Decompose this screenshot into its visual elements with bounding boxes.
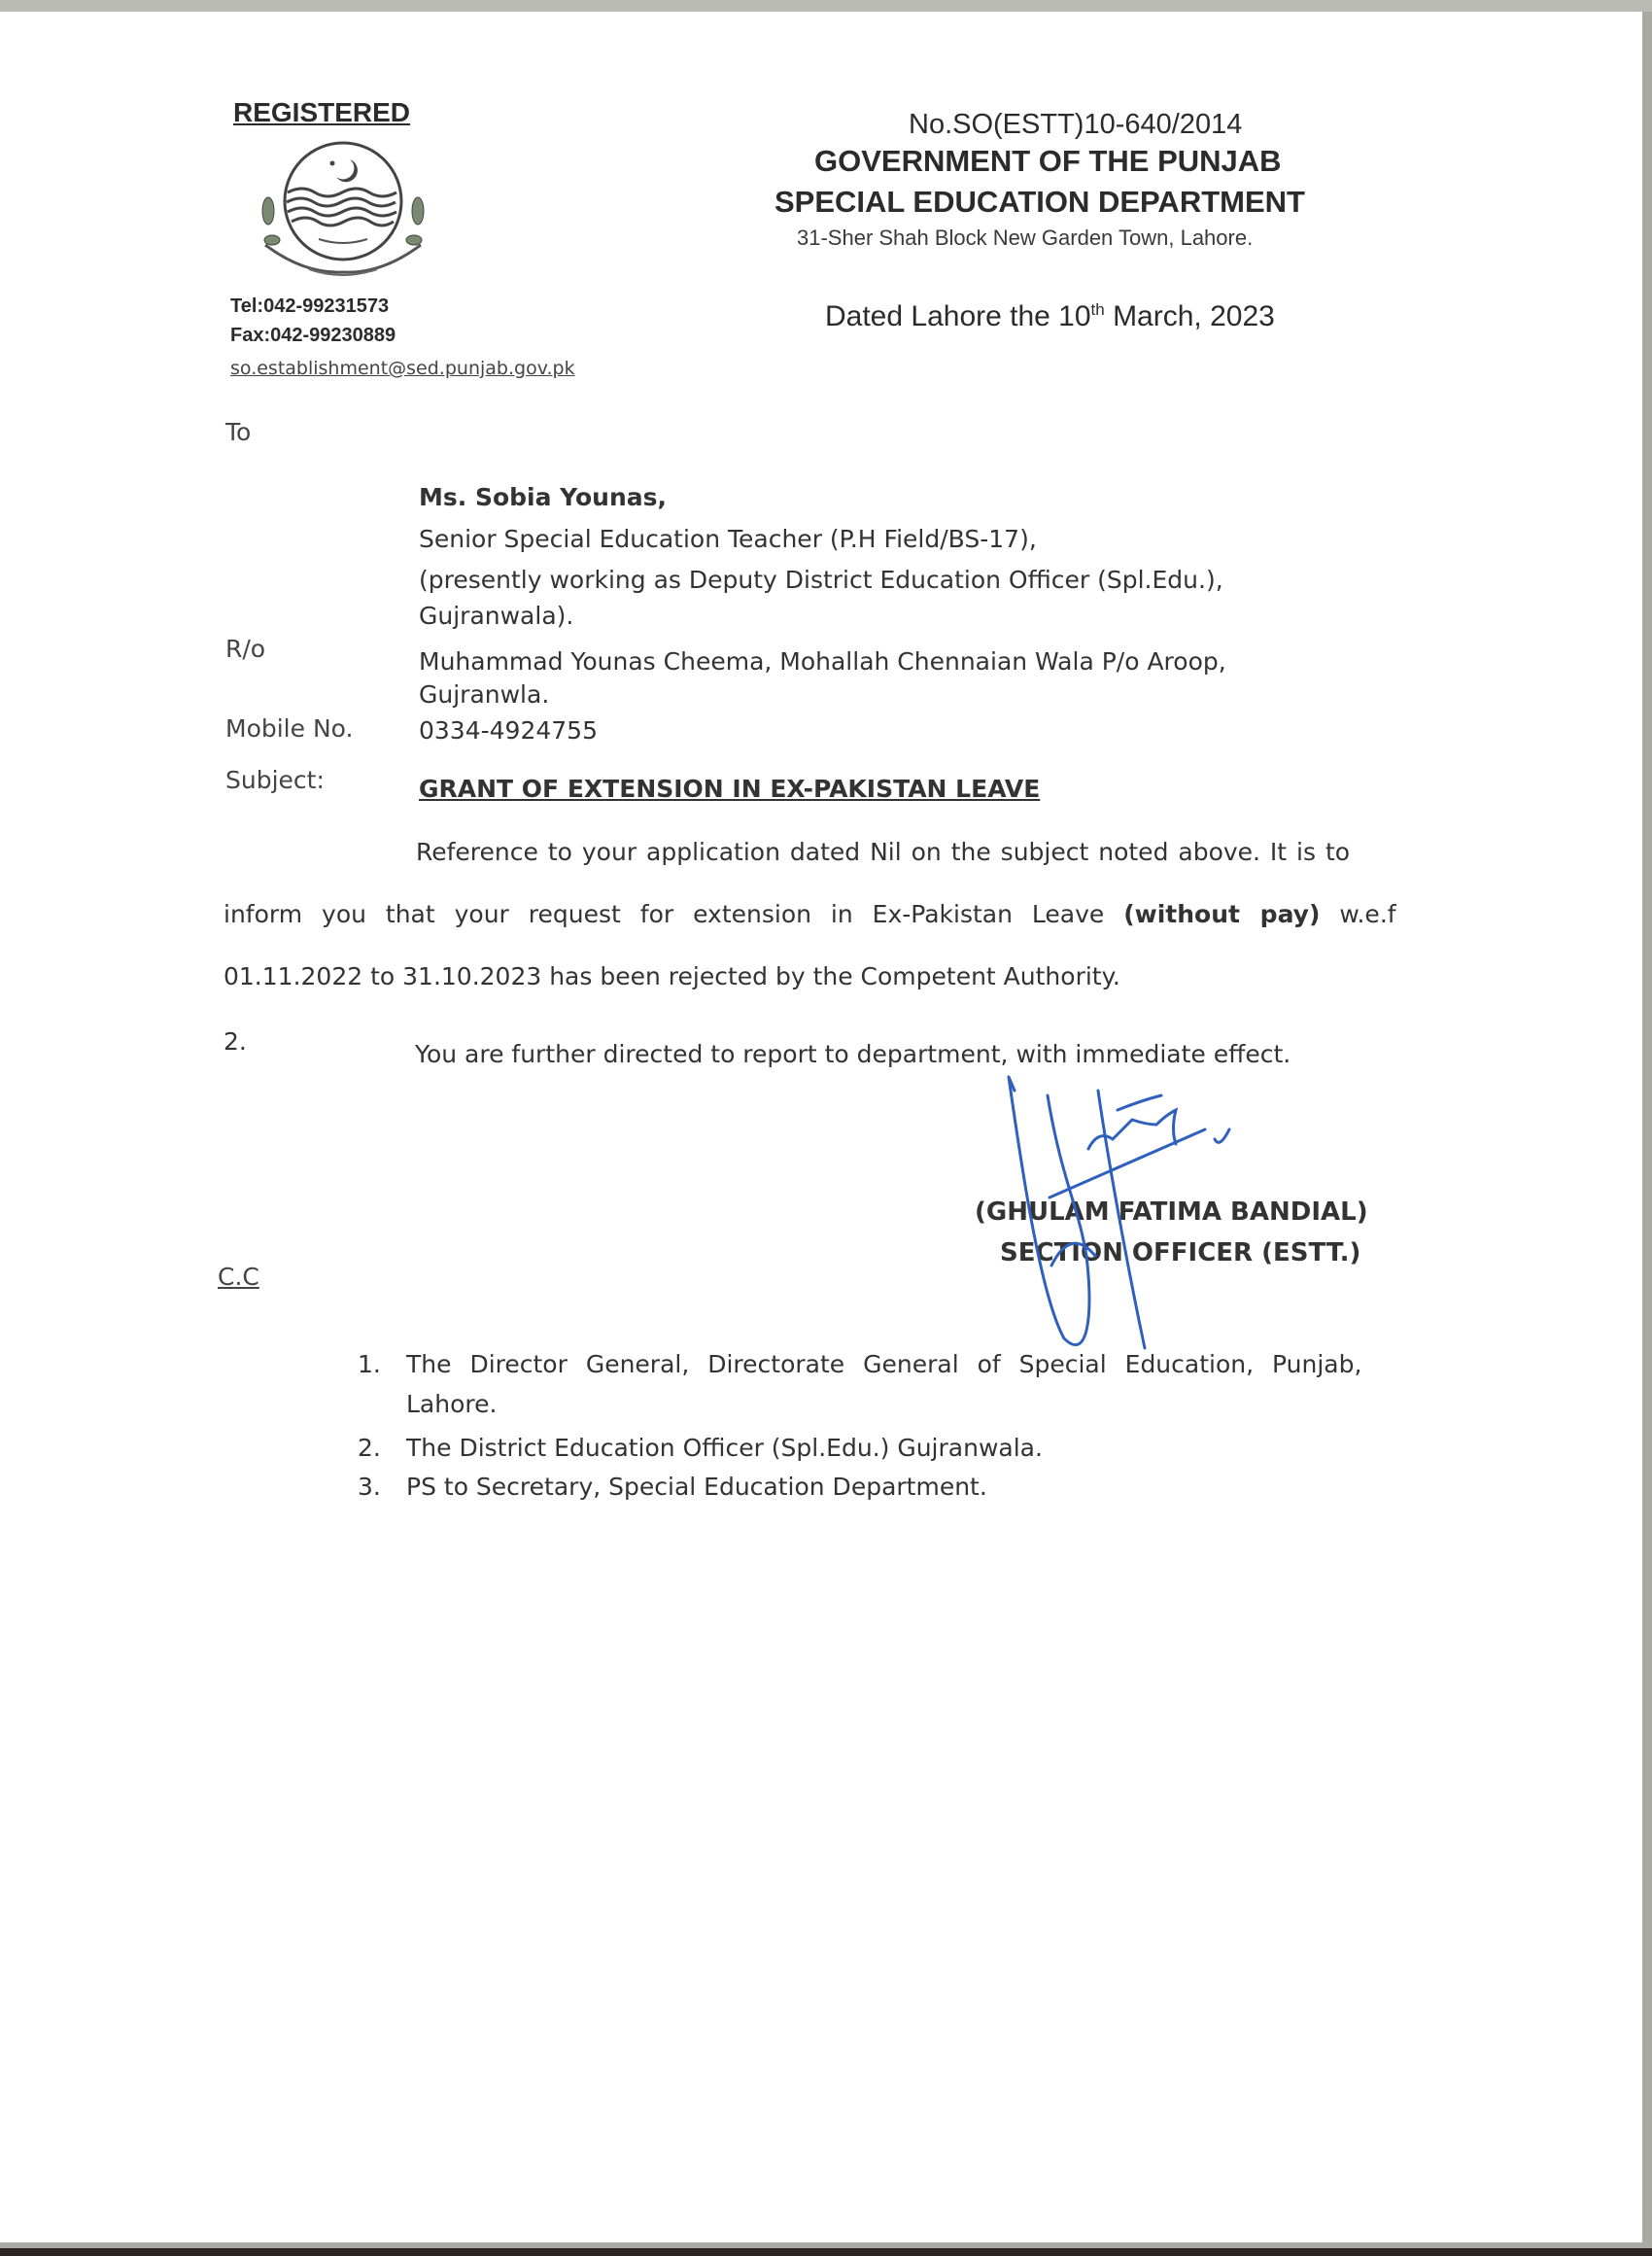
cc-label: C.C bbox=[218, 1263, 259, 1291]
para-text: w.e.f bbox=[1320, 900, 1395, 928]
scan-top-edge bbox=[0, 0, 1652, 12]
paragraph-1-line: Reference to your application dated Nil … bbox=[416, 838, 1350, 866]
letter-page: REGISTERED Tel:042-99231573 Fax:042-9923… bbox=[0, 12, 1642, 2242]
recipient-designation-line: Gujranwala). bbox=[419, 602, 573, 630]
email-link[interactable]: so.establishment@sed.punjab.gov.pk bbox=[230, 358, 575, 379]
residence-address-line: Gujranwla. bbox=[419, 680, 549, 709]
telephone: Tel:042-99231573 bbox=[230, 295, 389, 318]
cc-item: The Director General, Directorate Genera… bbox=[406, 1350, 1361, 1378]
para-text: inform you that your request for extensi… bbox=[224, 900, 1123, 928]
date-ordinal: th bbox=[1091, 300, 1105, 319]
paragraph-2: You are further directed to report to de… bbox=[415, 1040, 1291, 1068]
registered-label: REGISTERED bbox=[233, 97, 410, 128]
cc-item-number: 1. bbox=[358, 1350, 381, 1378]
recipient-designation-line: (presently working as Deputy District Ed… bbox=[419, 566, 1223, 594]
paragraph-1-line: inform you that your request for extensi… bbox=[224, 900, 1396, 928]
government-heading: GOVERNMENT OF THE PUNJAB bbox=[814, 144, 1282, 179]
subject-text: GRANT OF EXTENSION IN EX-PAKISTAN LEAVE bbox=[419, 775, 1040, 803]
department-address: 31-Sher Shah Block New Garden Town, Laho… bbox=[797, 226, 1253, 251]
cc-item-continuation: Lahore. bbox=[406, 1390, 497, 1418]
mobile-number: 0334-4924755 bbox=[419, 716, 598, 745]
cc-item: PS to Secretary, Special Education Depar… bbox=[406, 1473, 987, 1501]
residence-label: R/o bbox=[225, 635, 265, 663]
punjab-emblem-icon bbox=[251, 138, 435, 284]
scan-bottom-edge bbox=[0, 2248, 1652, 2256]
date-prefix: Dated Lahore the 10 bbox=[825, 300, 1091, 332]
paragraph-1-line: 01.11.2022 to 31.10.2023 has been reject… bbox=[224, 962, 1120, 990]
signature-icon bbox=[972, 1071, 1263, 1363]
recipient-designation-line: Senior Special Education Teacher (P.H Fi… bbox=[419, 525, 1037, 553]
letter-date: Dated Lahore the 10th March, 2023 bbox=[825, 300, 1275, 333]
subject-label: Subject: bbox=[225, 766, 325, 794]
date-suffix: March, 2023 bbox=[1105, 300, 1275, 332]
fax: Fax:042-99230889 bbox=[230, 325, 396, 347]
cc-item-number: 2. bbox=[358, 1434, 381, 1462]
cc-item: The District Education Officer (Spl.Edu.… bbox=[406, 1434, 1043, 1462]
recipient-name: Ms. Sobia Younas, bbox=[419, 483, 667, 511]
to-label: To bbox=[225, 418, 251, 446]
mobile-label: Mobile No. bbox=[225, 714, 353, 743]
residence-address-line: Muhammad Younas Cheema, Mohallah Chennai… bbox=[419, 647, 1226, 676]
cc-item-number: 3. bbox=[358, 1473, 381, 1501]
reference-number: No.SO(ESTT)10-640/2014 bbox=[909, 109, 1242, 141]
paragraph-2-number: 2. bbox=[224, 1027, 247, 1056]
without-pay-emphasis: (without pay) bbox=[1123, 900, 1320, 928]
department-heading: SPECIAL EDUCATION DEPARTMENT bbox=[774, 185, 1305, 220]
